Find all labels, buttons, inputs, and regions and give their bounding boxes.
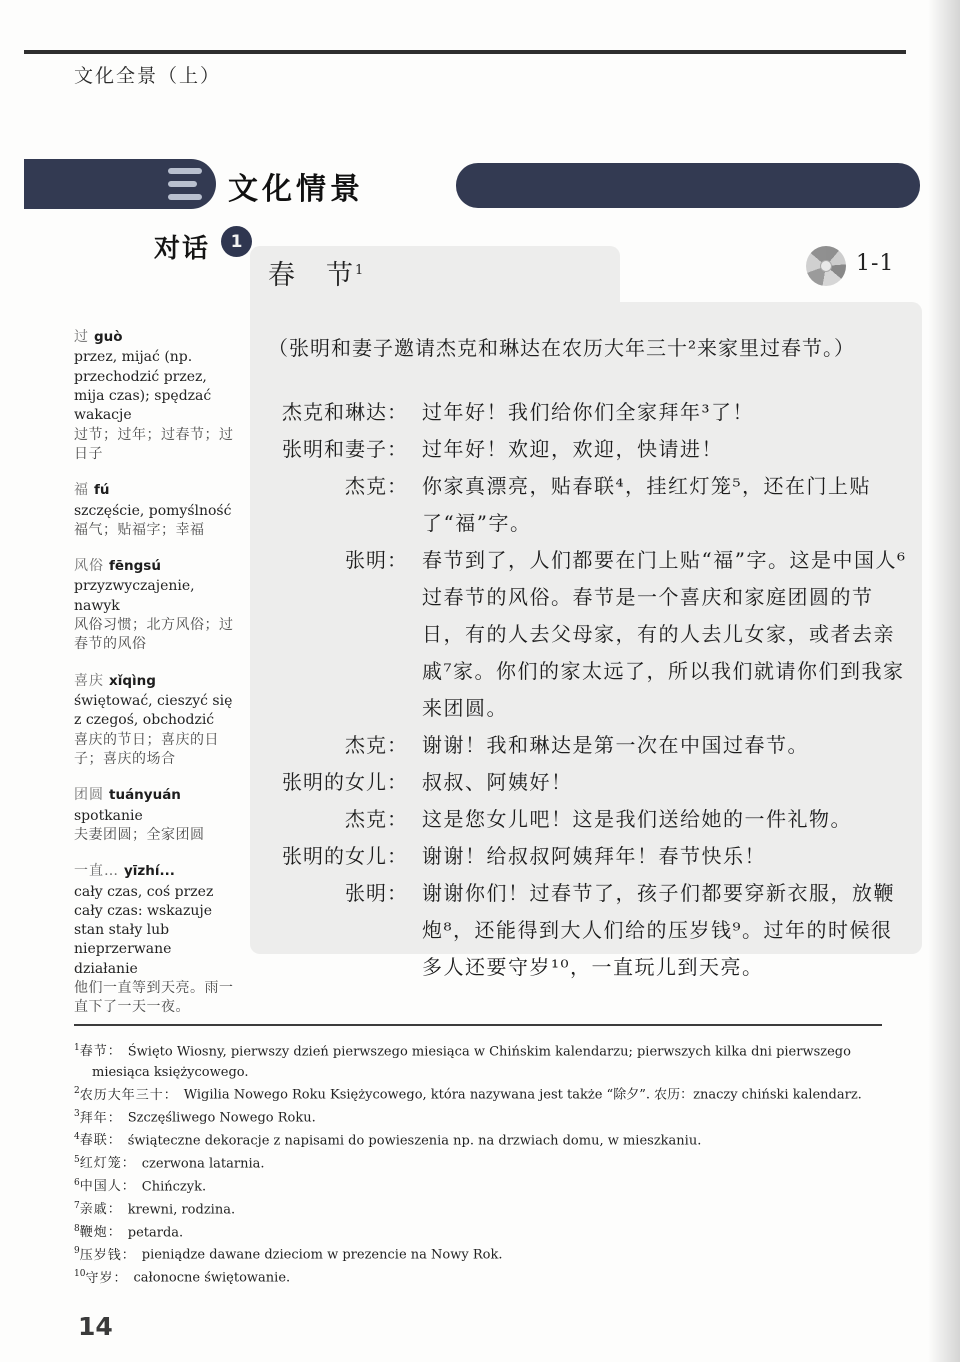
dialogue-line: 杰克： 这是您女儿吧！这是我们送给她的一件礼物。	[268, 801, 912, 838]
dialogue-line: 杰克： 你家真漂亮，贴春联⁴，挂红灯笼⁵，还在门上贴了“福”字。	[268, 468, 912, 542]
vocab-pinyin: fú	[94, 482, 109, 498]
footnote-def: całonocne świętowanie.	[133, 1271, 290, 1286]
vocab-entry: 风俗fēngsú przyzwyczajenie, nawyk 风俗习惯；北方风…	[74, 557, 238, 655]
footnote: 3拜年：Szczęśliwego Nowego Roku.	[74, 1107, 888, 1129]
vocab-examples: 他们一直等到天亮。雨一直下了一天一夜。	[74, 979, 238, 1018]
footnote-term: 拜年：	[80, 1111, 122, 1126]
lesson-title: 春 节1	[268, 253, 365, 292]
vocab-headword: 风俗	[74, 558, 104, 574]
vocab-entry: 一直…yīzhí... cały czas, coś przez cały cz…	[74, 862, 238, 1018]
footnote: 2农历大年三十：Wigilia Nowego Roku Księżycowego…	[74, 1084, 888, 1106]
vocab-headword: 喜庆	[74, 673, 104, 689]
footnote-def: świąteczne dekoracje z napisami do powie…	[128, 1133, 702, 1148]
dialogue-body: （张明和妻子邀请杰克和琳达在农历大年三十²来家里过春节。） 杰克和琳达： 过年好…	[268, 330, 912, 986]
dialogue-text: 这是您女儿吧！这是我们送给她的一件礼物。	[422, 801, 912, 838]
vocab-gloss: przyzwyczajenie, nawyk	[74, 577, 238, 616]
dialog-label: 对话	[154, 228, 210, 265]
footnote-term: 亲戚：	[80, 1202, 122, 1217]
dialogue-line: 杰克： 谢谢！我和琳达是第一次在中国过春节。	[268, 727, 912, 764]
footnote: 1春节：Święto Wiosny, pierwszy dzień pierws…	[74, 1041, 888, 1083]
footnote-term: 中国人：	[80, 1179, 136, 1194]
dialogue-line: 张明的女儿： 叔叔、阿姨好！	[268, 764, 912, 801]
dialogue-text: 谢谢你们！过春节了，孩子们都要穿新衣服，放鞭炮⁸，还能得到大人们给的压岁钱⁹。过…	[422, 875, 912, 986]
dialogue-speaker: 杰克和琳达：	[268, 394, 408, 431]
section-title: 文化情景	[228, 164, 364, 208]
footnote-term: 守岁：	[85, 1271, 127, 1286]
dialogue-speaker: 张明的女儿：	[268, 838, 408, 875]
dialogue-text: 叔叔、阿姨好！	[422, 764, 912, 801]
footnote: 8鞭炮：petarda.	[74, 1222, 888, 1244]
footnote-number: 10	[74, 1269, 85, 1279]
dialogue-speaker: 张明和妻子：	[268, 431, 408, 468]
dialogue-text: 你家真漂亮，贴春联⁴，挂红灯笼⁵，还在门上贴了“福”字。	[422, 468, 912, 542]
footnote-def: Chińczyk.	[142, 1179, 206, 1194]
vocab-gloss: cały czas, coś przez cały czas: wskazuje…	[74, 883, 238, 980]
vocab-pinyin: yīzhí...	[124, 863, 175, 879]
header-rule	[24, 50, 906, 54]
vocab-examples: 过节；过年；过春节；过日子	[74, 426, 238, 465]
vocab-examples: 风俗习惯；北方风俗；过春节的风俗	[74, 616, 238, 655]
dialogue-text: 过年好！欢迎，欢迎，快请进！	[422, 431, 912, 468]
dialogue-text: 谢谢！我和琳达是第一次在中国过春节。	[422, 727, 912, 764]
footnote-number: 8	[74, 1224, 80, 1234]
page-number: 14	[78, 1312, 113, 1341]
footnote: 7亲戚：krewni, rodzina.	[74, 1199, 888, 1221]
footnote-def: krewni, rodzina.	[128, 1202, 235, 1217]
vocab-pinyin: tuányuán	[109, 787, 181, 803]
footnote-term: 农历大年三十：	[80, 1088, 178, 1103]
dialogue-speaker: 杰克：	[268, 801, 408, 838]
footnote: 4春联：świąteczne dekoracje z napisami do p…	[74, 1130, 888, 1152]
footnote-def: Święto Wiosny, pierwszy dzień pierwszego…	[92, 1044, 851, 1080]
footnote-number: 5	[74, 1155, 80, 1165]
lesson-title-hanzi: 春 节	[268, 260, 355, 291]
vocab-headword: 福	[74, 482, 89, 498]
dialogue-line: 张明和妻子： 过年好！欢迎，欢迎，快请进！	[268, 431, 912, 468]
footnotes: 1春节：Święto Wiosny, pierwszy dzień pierws…	[74, 1041, 888, 1290]
footnote-number: 3	[74, 1109, 80, 1119]
footnote-term: 春节：	[80, 1044, 122, 1059]
footnote-number: 4	[74, 1132, 80, 1142]
cd-audio-icon	[806, 246, 846, 286]
vocab-entry: 团圆tuányuán spotkanie 夫妻团圆；全家团圆	[74, 786, 238, 845]
footnote-number: 1	[74, 1043, 80, 1053]
vocab-examples: 福气；贴福字；幸福	[74, 521, 238, 540]
footnote-number: 7	[74, 1201, 80, 1211]
dialogue-speaker: 张明的女儿：	[268, 764, 408, 801]
vocab-gloss: szczęście, pomyślność	[74, 502, 238, 521]
footnote: 6中国人：Chińczyk.	[74, 1176, 888, 1198]
dialogue-text: 过年好！我们给你们全家拜年³了！	[422, 394, 912, 431]
audio-track-label: 1-1	[856, 251, 894, 276]
footnote: 5红灯笼：czerwona latarnia.	[74, 1153, 888, 1175]
dialogue-line: 杰克和琳达： 过年好！我们给你们全家拜年³了！	[268, 394, 912, 431]
footnote-def: petarda.	[128, 1225, 183, 1240]
dialogue-intro: （张明和妻子邀请杰克和琳达在农历大年三十²来家里过春节。）	[268, 330, 912, 367]
vocab-gloss: przez, mijać (np. przechodzić przez, mij…	[74, 348, 238, 425]
footnote-def: Szczęśliwego Nowego Roku.	[128, 1111, 316, 1126]
footnote-number: 2	[74, 1086, 80, 1096]
section-banner-right	[456, 163, 920, 208]
vocab-entry: 福fú szczęście, pomyślność 福气；贴福字；幸福	[74, 481, 238, 540]
dialogue-line: 张明的女儿： 谢谢！给叔叔阿姨拜年！春节快乐！	[268, 838, 912, 875]
vocab-gloss: spotkanie	[74, 807, 238, 826]
page-edge-shadow	[928, 0, 960, 1362]
vocab-entry: 过guò przez, mijać (np. przechodzić przez…	[74, 328, 238, 464]
page-header: 文化全景（上）	[74, 61, 221, 88]
vocab-headword: 过	[74, 329, 89, 345]
list-icon	[168, 168, 202, 200]
dialogue-speaker: 杰克：	[268, 468, 408, 542]
dialogue-text: 春节到了，人们都要在门上贴“福”字。这是中国人⁶过春节的风俗。春节是一个喜庆和家…	[422, 542, 912, 727]
dialog-number-badge: 1	[221, 226, 252, 257]
vocab-pinyin: guò	[94, 329, 123, 345]
footnote-term: 压岁钱：	[80, 1248, 136, 1263]
footnote-term: 春联：	[80, 1133, 122, 1148]
vocab-pinyin: fēngsú	[109, 558, 161, 574]
vocab-examples: 喜庆的节日；喜庆的日子；喜庆的场合	[74, 731, 238, 770]
vocab-gloss: świętować, cieszyć się z czegoś, obchodz…	[74, 692, 238, 731]
footnote-number: 6	[74, 1178, 80, 1188]
footnote-def: czerwona latarnia.	[142, 1156, 265, 1171]
footnote: 9压岁钱：pieniądze dawane dzieciom w prezenc…	[74, 1244, 888, 1266]
vocab-examples: 夫妻团圆；全家团圆	[74, 826, 238, 845]
footnote-def: pieniądze dawane dzieciom w prezencie na…	[142, 1248, 503, 1263]
footnote: 10守岁：całonocne świętowanie.	[74, 1267, 888, 1289]
vocab-headword: 一直…	[74, 863, 119, 879]
vocabulary-sidebar: 过guò przez, mijać (np. przechodzić przez…	[74, 328, 238, 1035]
dialogue-line: 张明： 春节到了，人们都要在门上贴“福”字。这是中国人⁶过春节的风俗。春节是一个…	[268, 542, 912, 727]
footnote-rule	[74, 1024, 882, 1026]
dialogue-speaker: 杰克：	[268, 727, 408, 764]
section-banner-left	[24, 159, 216, 209]
vocab-entry: 喜庆xǐqìng świętować, cieszyć się z czegoś…	[74, 672, 238, 770]
lesson-title-footnote-marker: 1	[355, 263, 365, 278]
footnote-term: 鞭炮：	[80, 1225, 122, 1240]
vocab-pinyin: xǐqìng	[109, 673, 156, 689]
dialogue-speaker: 张明：	[268, 875, 408, 986]
footnote-term: 红灯笼：	[80, 1156, 136, 1171]
dialogue-line: 张明： 谢谢你们！过春节了，孩子们都要穿新衣服，放鞭炮⁸，还能得到大人们给的压岁…	[268, 875, 912, 986]
footnote-def: Wigilia Nowego Roku Księżycowego, która …	[184, 1088, 862, 1103]
dialogue-text: 谢谢！给叔叔阿姨拜年！春节快乐！	[422, 838, 912, 875]
dialogue-speaker: 张明：	[268, 542, 408, 727]
footnote-number: 9	[74, 1246, 80, 1256]
vocab-headword: 团圆	[74, 787, 104, 803]
